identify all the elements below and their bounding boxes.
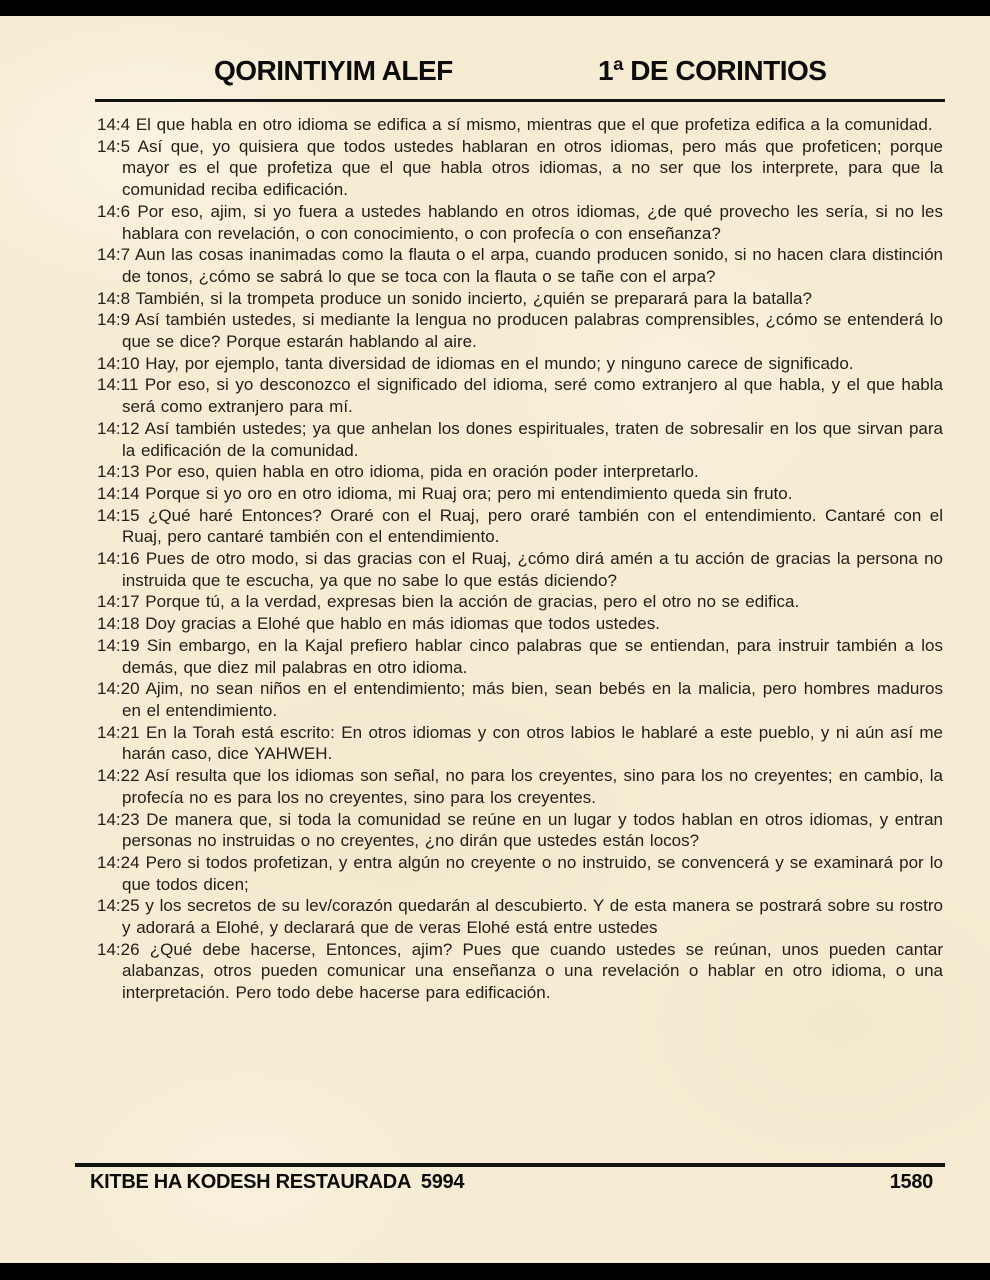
verse-ref: 14:4 <box>97 115 130 134</box>
verse-ref: 14:6 <box>97 202 130 221</box>
verse-paragraph: 14:15 ¿Qué haré Entonces? Oraré con el R… <box>97 505 943 548</box>
verse-text: Pero si todos profetizan, y entra algún … <box>122 853 943 894</box>
verse-text: También, si la trompeta produce un sonid… <box>136 289 812 308</box>
verse-paragraph: 14:4 El que habla en otro idioma se edif… <box>97 114 943 136</box>
verse-paragraph: 14:7 Aun las cosas inanimadas como la fl… <box>97 244 943 287</box>
verse-ref: 14:9 <box>97 310 130 329</box>
verse-paragraph: 14:5 Así que, yo quisiera que todos uste… <box>97 136 943 201</box>
top-border-bar <box>0 0 990 16</box>
verse-text: ¿Qué debe hacerse, Entonces, ajim? Pues … <box>122 940 943 1002</box>
page-title-spanish: 1ª DE CORINTIOS <box>598 55 826 87</box>
footer-page-number: 1580 <box>890 1171 933 1194</box>
verse-paragraph: 14:11 Por eso, si yo desconozco el signi… <box>97 374 943 417</box>
verse-paragraph: 14:16 Pues de otro modo, si das gracias … <box>97 548 943 591</box>
page-title-hebrew: QORINTIYIM ALEF <box>214 55 453 87</box>
verse-ref: 14:21 <box>97 723 140 742</box>
verse-ref: 14:12 <box>97 419 140 438</box>
verse-text: Así resulta que los idiomas son señal, n… <box>122 766 943 807</box>
verse-ref: 14:25 <box>97 896 140 915</box>
verse-text: Así también ustedes, si mediante la leng… <box>122 310 943 351</box>
verse-text: Así que, yo quisiera que todos ustedes h… <box>122 137 943 199</box>
verse-ref: 14:16 <box>97 549 140 568</box>
verse-text: Ajim, no sean niños en el entendimiento;… <box>122 679 943 720</box>
verse-ref: 14:22 <box>97 766 140 785</box>
verse-text: Sin embargo, en la Kajal prefiero hablar… <box>122 636 943 677</box>
verse-ref: 14:24 <box>97 853 140 872</box>
verse-text: En la Torah está escrito: En otros idiom… <box>122 723 943 764</box>
verse-text: Porque si yo oro en otro idioma, mi Ruaj… <box>145 484 792 503</box>
verse-paragraph: 14:22 Así resulta que los idiomas son se… <box>97 765 943 808</box>
verse-text: Hay, por ejemplo, tanta diversidad de id… <box>145 354 853 373</box>
verse-text: Por eso, si yo desconozco el significado… <box>122 375 943 416</box>
verse-paragraph: 14:25 y los secretos de su lev/corazón q… <box>97 895 943 938</box>
verse-text: Doy gracias a Elohé que hablo en más idi… <box>145 614 660 633</box>
verse-text: De manera que, si toda la comunidad se r… <box>122 810 943 851</box>
verse-text: Porque tú, a la verdad, expresas bien la… <box>145 592 799 611</box>
verse-ref: 14:7 <box>97 245 130 264</box>
scripture-page: QORINTIYIM ALEF 1ª DE CORINTIOS 14:4 El … <box>0 0 990 1280</box>
verse-text: y los secretos de su lev/corazón quedará… <box>122 896 943 937</box>
verse-paragraph: 14:17 Porque tú, a la verdad, expresas b… <box>97 591 943 613</box>
bottom-border-bar <box>0 1263 990 1280</box>
verse-ref: 14:19 <box>97 636 140 655</box>
verse-ref: 14:23 <box>97 810 140 829</box>
header-divider-rule <box>95 99 945 102</box>
footer-edition-label: KITBE HA KODESH RESTAURADA 5994 <box>90 1171 464 1194</box>
verse-ref: 14:13 <box>97 462 140 481</box>
verse-paragraph: 14:18 Doy gracias a Elohé que hablo en m… <box>97 613 943 635</box>
verse-ref: 14:17 <box>97 592 140 611</box>
verse-paragraph: 14:8 También, si la trompeta produce un … <box>97 288 943 310</box>
verse-ref: 14:20 <box>97 679 140 698</box>
verse-text: Aun las cosas inanimadas como la flauta … <box>122 245 943 286</box>
verse-paragraph: 14:20 Ajim, no sean niños en el entendim… <box>97 678 943 721</box>
verse-text: Por eso, quien habla en otro idioma, pid… <box>145 462 698 481</box>
verse-text: Por eso, ajim, si yo fuera a ustedes hab… <box>122 202 943 243</box>
page-footer: KITBE HA KODESH RESTAURADA 5994 1580 <box>90 1171 933 1194</box>
verse-ref: 14:18 <box>97 614 140 633</box>
verse-ref: 14:5 <box>97 137 130 156</box>
verse-ref: 14:26 <box>97 940 140 959</box>
verse-text: El que habla en otro idioma se edifica a… <box>136 115 933 134</box>
verse-ref: 14:11 <box>97 375 138 394</box>
verse-paragraph: 14:21 En la Torah está escrito: En otros… <box>97 722 943 765</box>
verse-paragraph: 14:14 Porque si yo oro en otro idioma, m… <box>97 483 943 505</box>
verse-ref: 14:8 <box>97 289 130 308</box>
verse-paragraph: 14:19 Sin embargo, en la Kajal prefiero … <box>97 635 943 678</box>
verse-ref: 14:10 <box>97 354 140 373</box>
verse-paragraph: 14:10 Hay, por ejemplo, tanta diversidad… <box>97 353 943 375</box>
verse-paragraph: 14:24 Pero si todos profetizan, y entra … <box>97 852 943 895</box>
verse-text: Pues de otro modo, si das gracias con el… <box>122 549 943 590</box>
verse-list: 14:4 El que habla en otro idioma se edif… <box>97 114 943 1004</box>
verse-ref: 14:14 <box>97 484 140 503</box>
verse-ref: 14:15 <box>97 506 140 525</box>
verse-paragraph: 14:12 Así también ustedes; ya que anhela… <box>97 418 943 461</box>
verse-paragraph: 14:9 Así también ustedes, si mediante la… <box>97 309 943 352</box>
verse-paragraph: 14:26 ¿Qué debe hacerse, Entonces, ajim?… <box>97 939 943 1004</box>
footer-divider-rule <box>75 1163 945 1167</box>
verse-paragraph: 14:13 Por eso, quien habla en otro idiom… <box>97 461 943 483</box>
verse-text: ¿Qué haré Entonces? Oraré con el Ruaj, p… <box>122 506 943 547</box>
verse-text: Así también ustedes; ya que anhelan los … <box>122 419 943 460</box>
verse-paragraph: 14:6 Por eso, ajim, si yo fuera a ustede… <box>97 201 943 244</box>
verse-paragraph: 14:23 De manera que, si toda la comunida… <box>97 809 943 852</box>
